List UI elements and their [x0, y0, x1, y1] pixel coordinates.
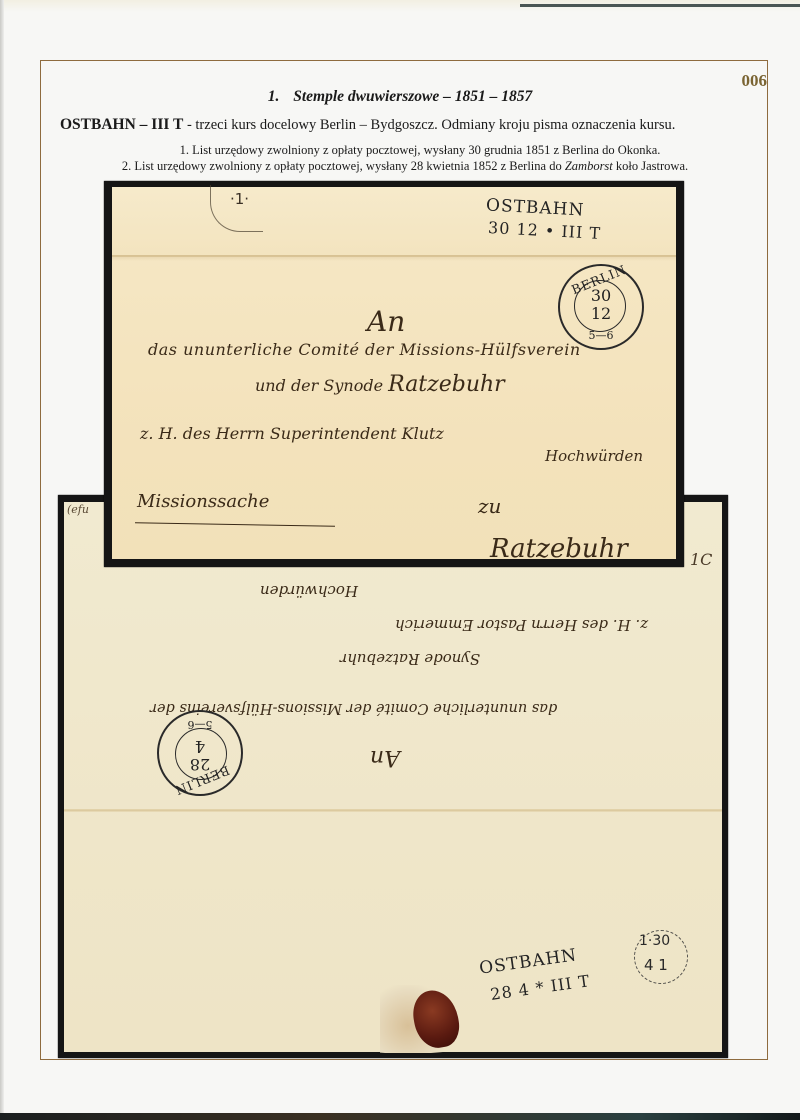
envelope-2-hand-line-1: Hochwürden	[260, 582, 358, 600]
envelope-2-hand-line-5: An	[370, 745, 400, 770]
envelope-1-hand-line-2: und der Synode Ratzebuhr	[255, 372, 505, 397]
envelope-1-destination: Ratzebuhr	[490, 534, 628, 564]
envelope-2-corner-note: (efu	[67, 503, 89, 516]
envelope-1-flap	[112, 187, 676, 257]
envelope-1-salutation: An	[367, 305, 405, 338]
arrival-postmark-top: 1·30	[639, 933, 670, 949]
page-title: 1. Stemple dwuwierszowe – 1851 – 1857	[0, 88, 800, 106]
subtitle-bold: OSTBAHN – III T	[60, 116, 183, 133]
title-text: Stemple dwuwierszowe – 1851 – 1857	[293, 88, 532, 105]
title-number: 1.	[268, 88, 280, 105]
postmark-month: 12	[560, 304, 642, 323]
hand-line-2-town: Ratzebuhr	[388, 372, 505, 397]
envelope-2-paper	[64, 502, 722, 1052]
scan-top-line	[520, 4, 800, 7]
envelope-1-hand-line-4: Hochwürden	[545, 447, 643, 465]
envelope-2-fold-line	[64, 809, 722, 812]
partial-postmark-mark: ·1·	[230, 190, 249, 208]
envelope-1-berlin-postmark: BERLIN 30 12 5—6	[558, 264, 644, 350]
envelope-1-hand-line-1: das ununterliche Comité der Missions-Hül…	[148, 340, 581, 359]
description-2-start: 2. List urzędowy zwolniony z opłaty pocz…	[122, 159, 565, 173]
postmark-time: 5—6	[159, 718, 241, 731]
envelope-1-hand-line-5: Missionssache	[137, 491, 269, 512]
hand-line-2-start: und der Synode	[255, 376, 388, 395]
envelope-2-corner-note-right: 1C	[690, 550, 712, 569]
scan-bottom-edge	[0, 1113, 800, 1120]
postmark-month: 4	[159, 737, 241, 756]
description-2-italic: Zamborst	[565, 159, 613, 173]
postmark-day: 30	[560, 286, 642, 305]
envelope-2-hand-line-2: z. H. des Herrn Pastor Emmerich	[395, 616, 648, 634]
description-1: 1. List urzędowy zwolniony z opłaty pocz…	[20, 143, 800, 158]
envelope-1-hand-line-6: zu	[478, 494, 501, 518]
envelope-1-flap-shadow	[112, 255, 676, 261]
envelope-2-berlin-postmark: BERLIN 28 4 5—6	[157, 710, 243, 796]
page-subtitle: OSTBAHN – III T - trzeci kurs docelowy B…	[60, 116, 760, 134]
arrival-postmark-bottom: 4 1	[644, 956, 668, 974]
envelope-1-hand-line-3: z. H. des Herrn Superintendent Klutz	[140, 424, 444, 443]
description-2-end: koło Jastrowa.	[613, 159, 688, 173]
description-2: 2. List urzędowy zwolniony z opłaty pocz…	[5, 159, 800, 174]
subtitle-rest: - trzeci kurs docelowy Berlin – Bydgoszc…	[183, 117, 675, 133]
envelope-2-hand-line-3: Synode Ratzebuhr	[340, 650, 480, 668]
scan-left-edge	[0, 0, 4, 1120]
postmark-day: 28	[159, 755, 241, 774]
